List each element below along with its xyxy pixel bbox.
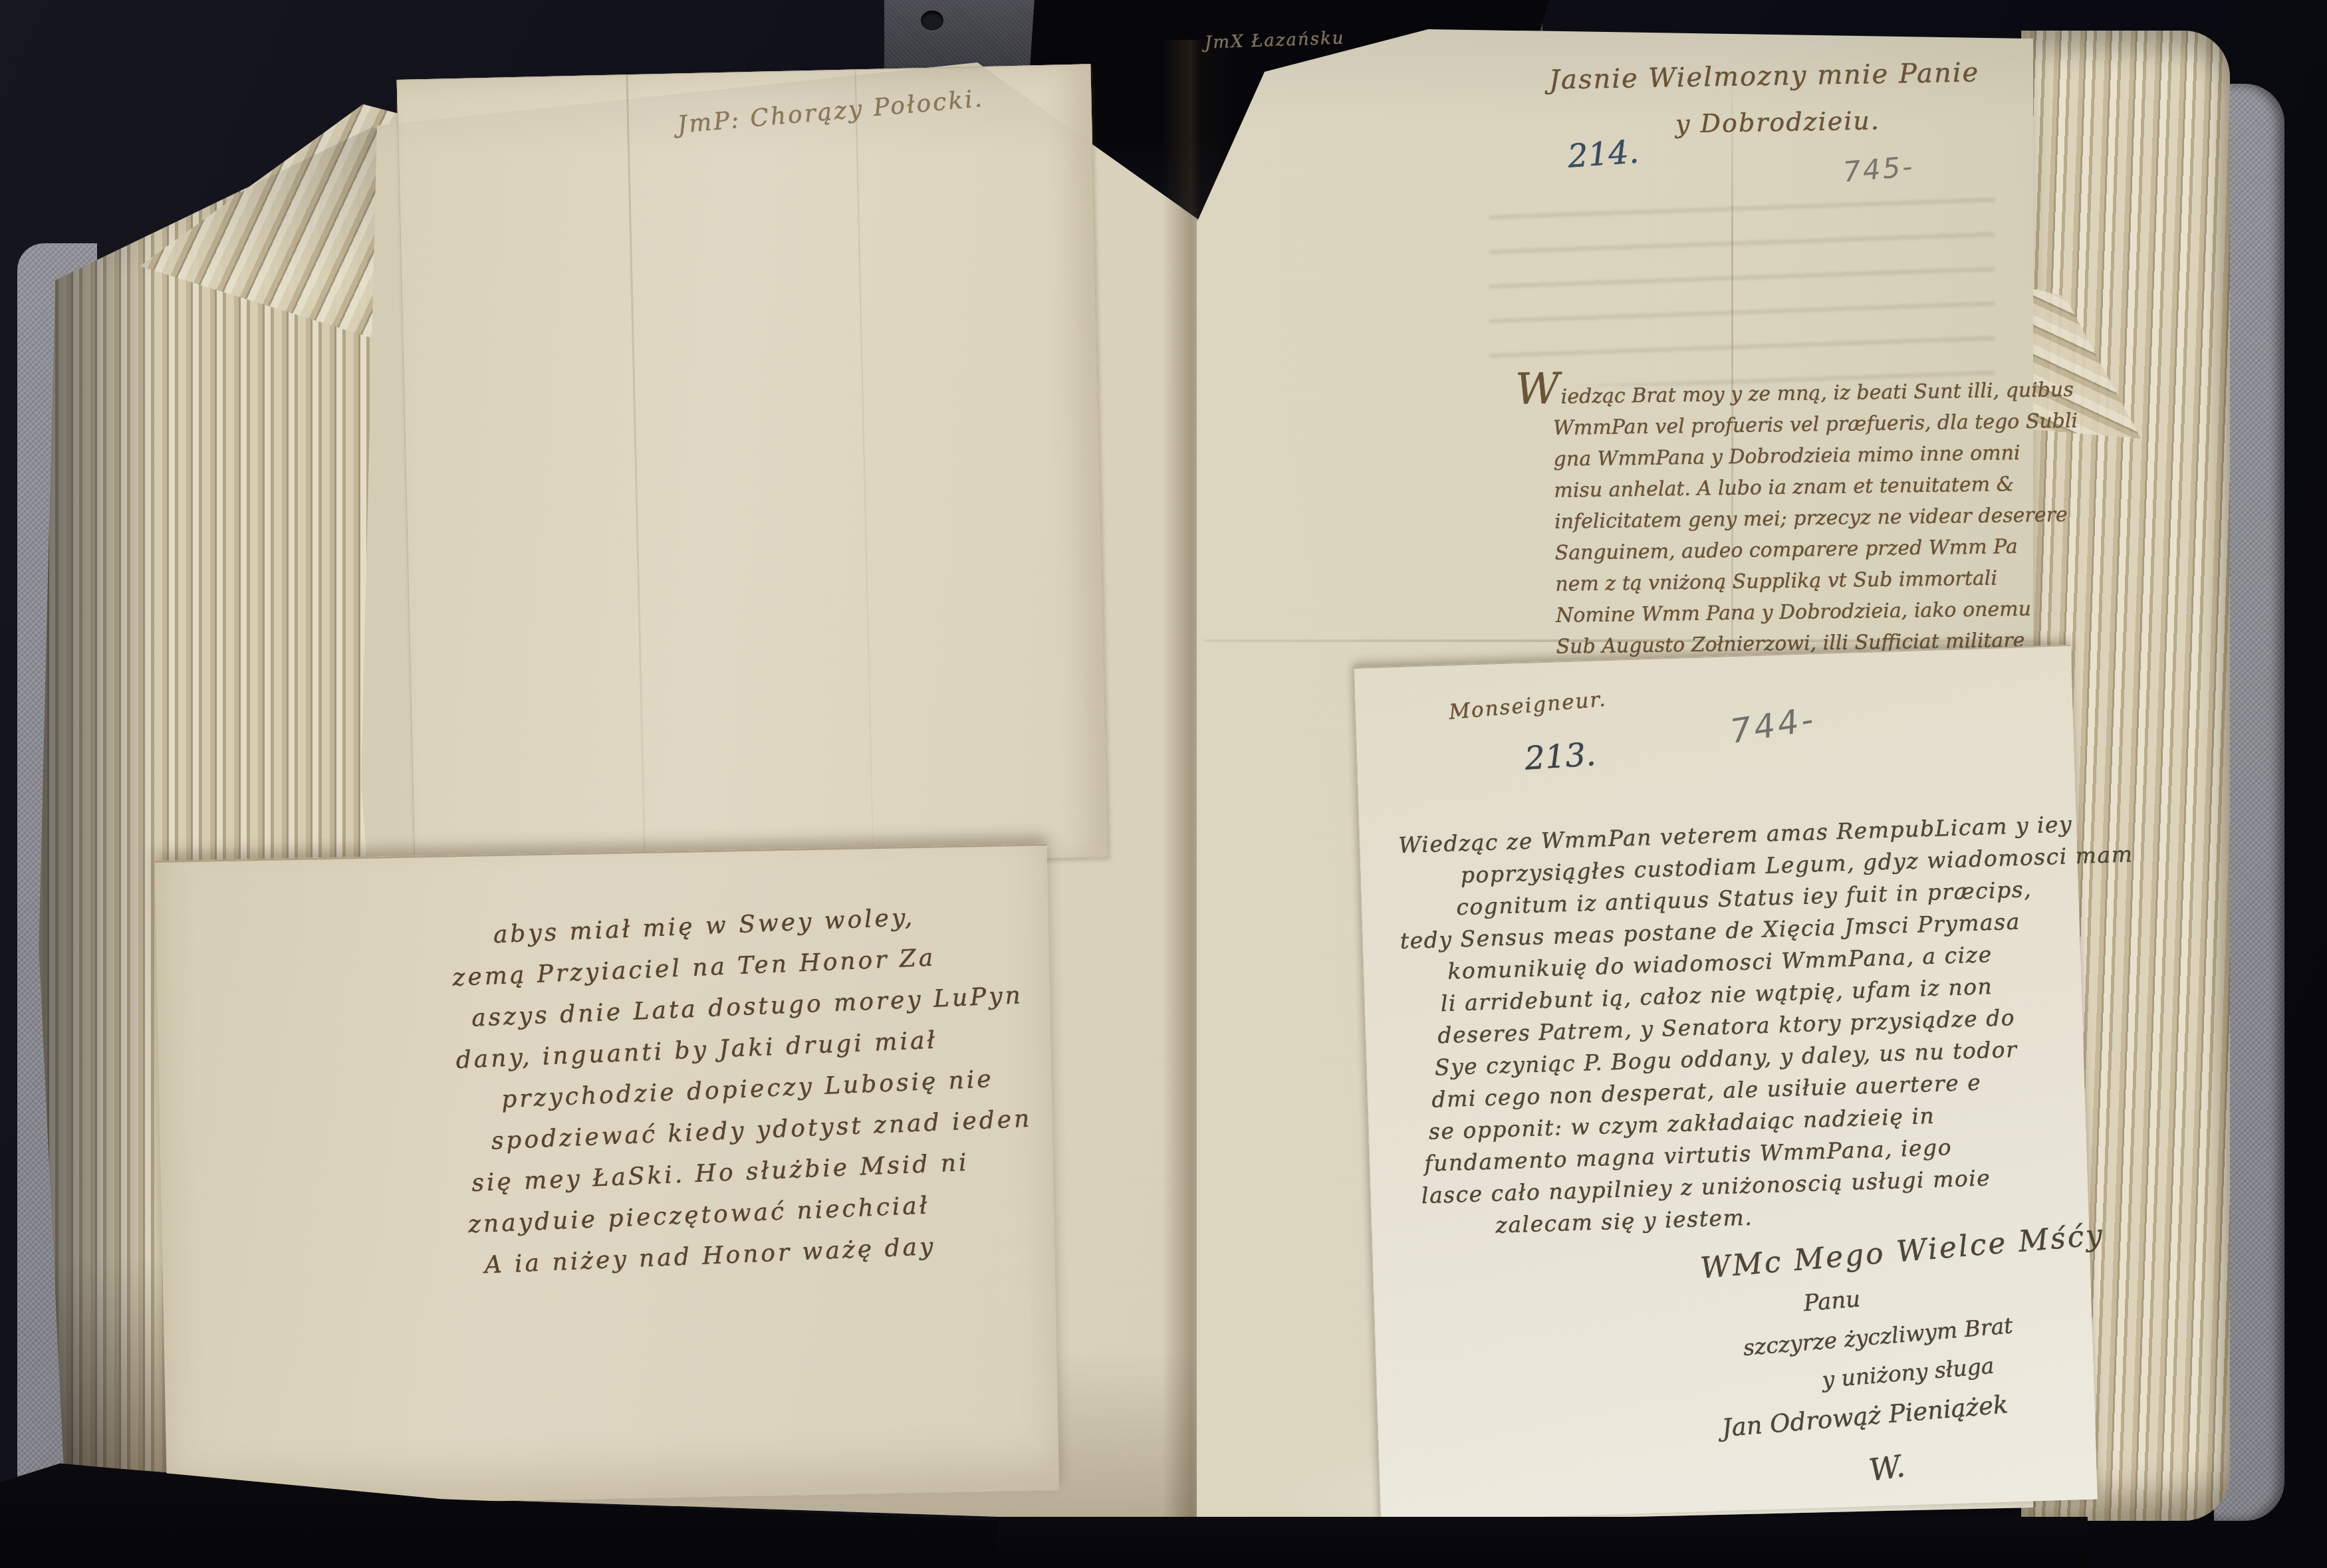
bottom-shadow xyxy=(997,1517,2088,1568)
folio-number-744: 744- xyxy=(1727,700,1818,751)
right-page-letter-text: Wiedząc Brat moy y ze mną, iz beati Sunt… xyxy=(1515,372,2051,663)
salutation-line2: y Dobrodzieiu. xyxy=(1675,106,1881,138)
archive-number-213: 213. xyxy=(1524,736,1597,778)
signature-block: WMc Mego Wielce Mśćy Panu szczyrze życzl… xyxy=(1699,1212,2120,1450)
manuscript-photo: JmP: Chorązy Połocki. abys miał mię w Sw… xyxy=(0,0,2327,1568)
insert-salutation: Monseigneur. xyxy=(1448,687,1608,725)
archive-number-214: 214. xyxy=(1566,133,1640,175)
insert-letter-text: Wiedząc ze WmmPan veterem amas RempubLic… xyxy=(1397,808,2085,1244)
ink-bleedthrough xyxy=(1489,193,1995,386)
inserted-letter-sheet: Monseigneur. 213. 744- Wiedząc ze WmmPan… xyxy=(1354,645,2098,1521)
folio-number-745: 745- xyxy=(1842,150,1915,188)
signature-paraph: W. xyxy=(1867,1448,1907,1488)
left-page-letter-text: abys miał mię w Swey woley, zemą Przyiac… xyxy=(450,891,1064,1287)
clamp-screw-hole xyxy=(921,11,943,31)
